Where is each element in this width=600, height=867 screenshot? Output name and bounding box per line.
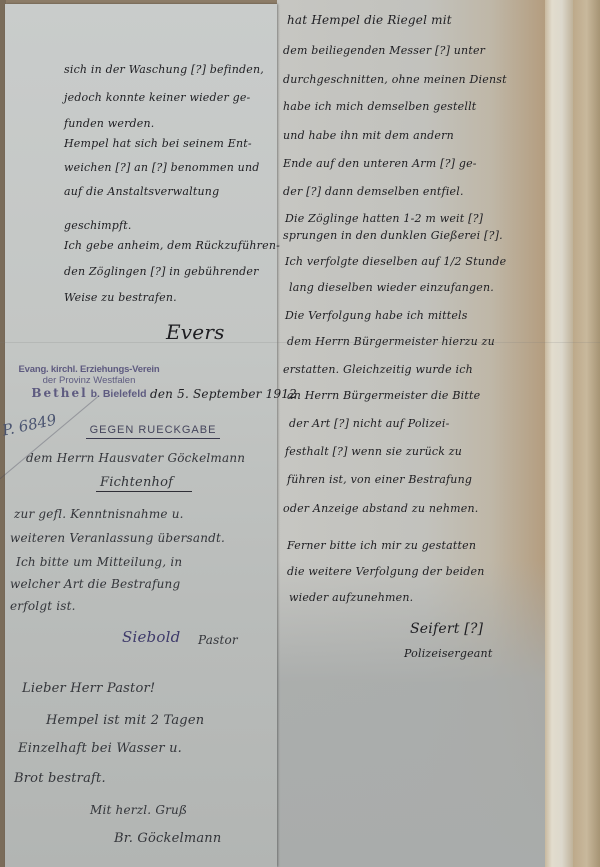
reply-line-2: Einzelhaft bei Wasser u. (18, 742, 182, 755)
addressee-place: Fichtenhof (100, 476, 173, 489)
right-line-6: Ende auf den unteren Arm [?] ge- (283, 158, 477, 169)
left-line-7: geschimpft. (64, 220, 132, 231)
stamp-line-3: Bethel b. Bielefeld (14, 386, 164, 400)
right-line-4: habe ich mich demselben gestellt (283, 101, 476, 112)
paper-shadow (277, 560, 545, 867)
stamp-line-1: Evang. kirchl. Erziehungs-Verein (14, 364, 164, 375)
right-line-3: durchgeschnitten, ohne meinen Dienst (283, 74, 507, 85)
right-line-21: die weitere Verfolgung der beiden (287, 566, 484, 577)
return-stamp: GEGEN RUECKGABE (86, 424, 220, 439)
note-line-2: weiteren Veranlassung übersandt. (10, 532, 225, 544)
right-line-15: an Herrn Bürgermeister die Bitte (287, 390, 480, 401)
right-line-12: Die Verfolgung habe ich mittels (285, 310, 468, 321)
signature-pastor-title: Pastor (198, 634, 238, 646)
right-line-7: der [?] dann demselben entfiel. (283, 186, 464, 197)
paper-crease (0, 342, 600, 343)
right-line-9: sprungen in den dunklen Gießerei [?]. (283, 230, 503, 241)
right-line-10: Ich verfolgte dieselben auf 1/2 Stunde (285, 256, 506, 267)
left-line-3: funden werden. (64, 118, 155, 129)
reply-salutation: Lieber Herr Pastor! (22, 682, 155, 695)
signature-evers: Evers (166, 322, 225, 342)
right-line-11: lang dieselben wieder einzufangen. (289, 282, 494, 293)
right-line-14: erstatten. Gleichzeitig wurde ich (283, 364, 473, 375)
reply-signature: Br. Göckelmann (114, 832, 221, 845)
reply-closing: Mit herzl. Gruß (90, 804, 187, 816)
left-line-5: weichen [?] an [?] benommen und (64, 162, 260, 173)
date-handwritten: den 5. September 1912 (150, 388, 297, 400)
right-line-1: hat Hempel die Riegel mit (287, 14, 452, 26)
left-line-2: jedoch konnte keiner wieder ge- (64, 92, 250, 103)
right-signature-title: Polizeisergeant (404, 648, 492, 659)
right-line-8: Die Zöglinge hatten 1-2 m weit [?] (285, 213, 483, 224)
right-line-16: der Art [?] nicht auf Polizei- (289, 418, 450, 429)
addressee-underline (96, 491, 192, 492)
stamp-bielefeld: b. Bielefeld (91, 388, 147, 400)
stamp-line-2: der Provinz Westfalen (14, 375, 164, 386)
right-line-2: dem beiliegenden Messer [?] unter (283, 45, 485, 56)
stamp-bethel: Bethel (31, 386, 87, 400)
paper-edge-right (573, 0, 600, 867)
signature-siebold: Siebold (122, 630, 180, 645)
left-line-8: Ich gebe anheim, dem Rückzuführen- (64, 240, 280, 251)
institution-stamp: Evang. kirchl. Erziehungs-Verein der Pro… (14, 364, 164, 401)
left-line-6: auf die Anstaltsverwaltung (64, 186, 219, 197)
reply-line-1: Hempel ist mit 2 Tagen (46, 714, 204, 727)
right-line-22: wieder aufzunehmen. (289, 592, 413, 603)
left-line-9: den Zöglingen [?] in gebührender (64, 266, 259, 277)
left-line-10: Weise zu bestrafen. (64, 292, 177, 303)
note-line-5: erfolgt ist. (10, 600, 76, 612)
right-line-19: oder Anzeige abstand zu nehmen. (283, 503, 478, 514)
note-line-3: Ich bitte um Mitteilung, in (16, 556, 182, 568)
right-line-18: führen ist, von einer Bestrafung (287, 474, 472, 485)
right-line-17: festhalt [?] wenn sie zurück zu (285, 446, 462, 457)
right-signature-name: Seifert [?] (410, 622, 483, 636)
right-line-20: Ferner bitte ich mir zu gestatten (287, 540, 476, 551)
left-line-4: Hempel hat sich bei seinem Ent- (64, 138, 252, 149)
left-line-1: sich in der Waschung [?] befinden, (64, 64, 264, 75)
note-line-1: zur gefl. Kenntnisnahme u. (14, 508, 184, 520)
note-line-4: welcher Art die Bestrafung (10, 578, 180, 590)
addressee-line: dem Herrn Hausvater Göckelmann (26, 452, 245, 464)
right-line-5: und habe ihn mit dem andern (283, 130, 454, 141)
paper-fold (545, 0, 573, 867)
reply-line-3: Brot bestraft. (14, 772, 106, 785)
